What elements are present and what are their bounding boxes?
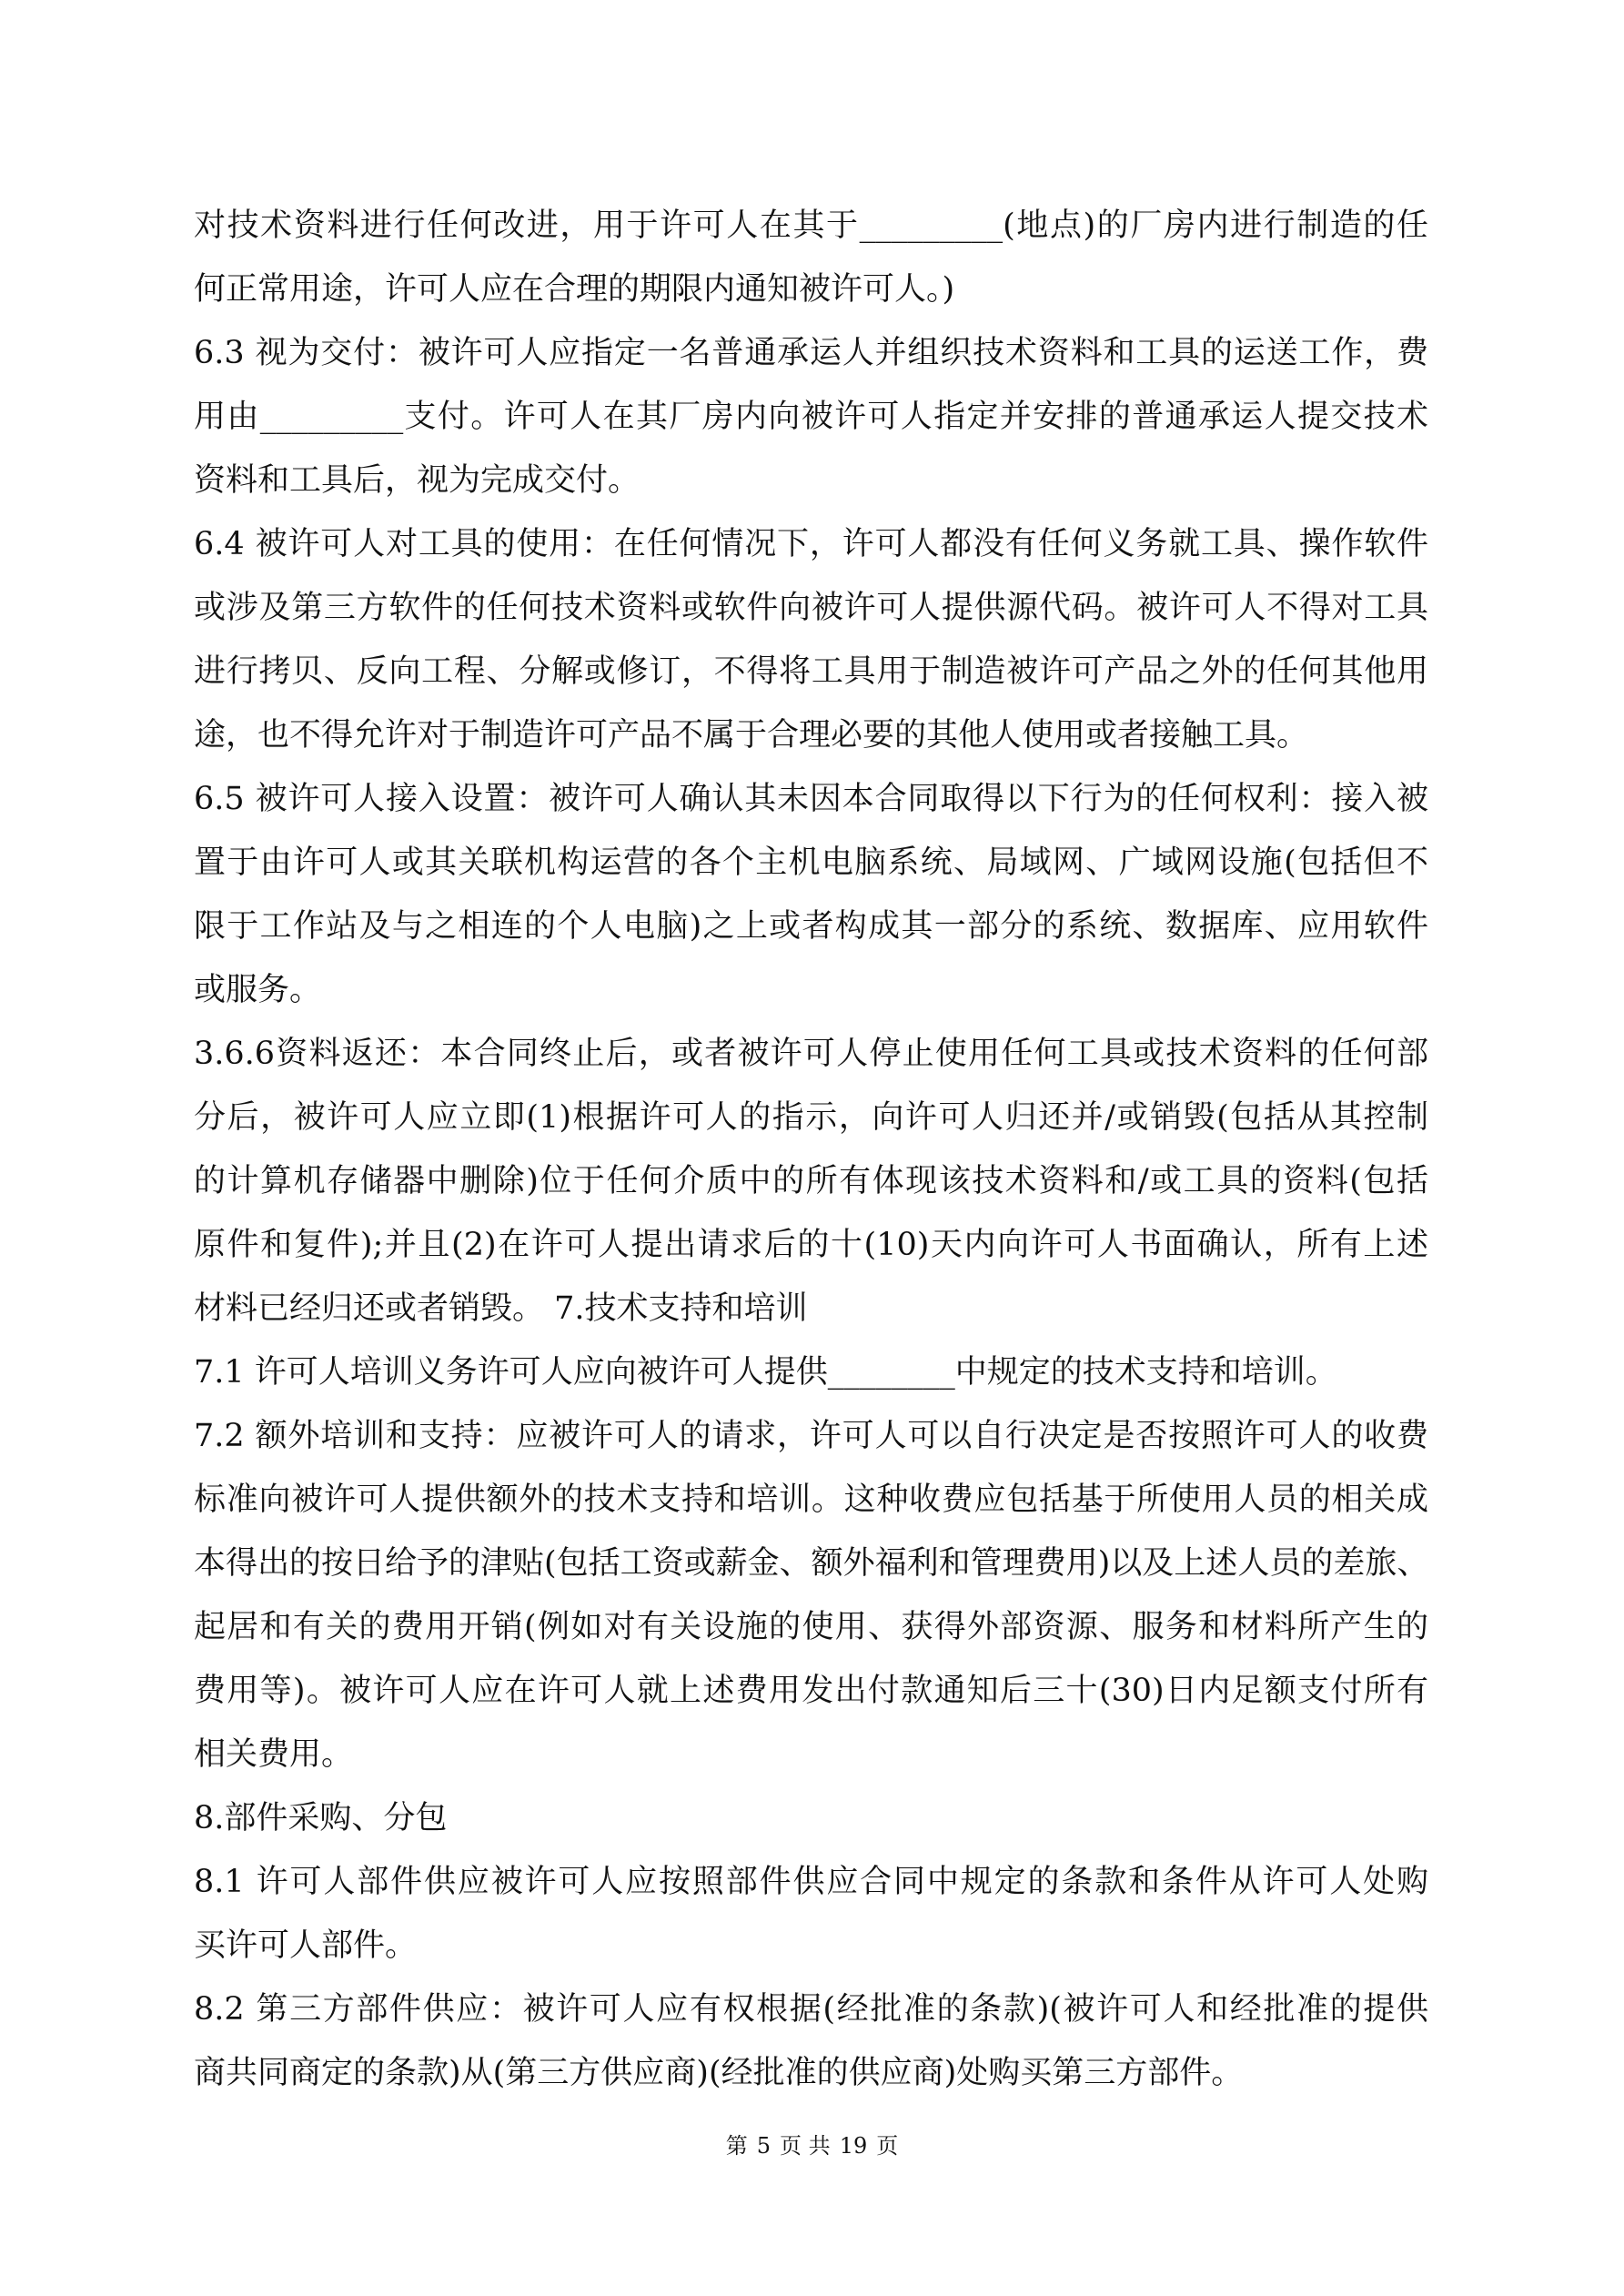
text-line-16: 的计算机存储器中删除)位于任何介质中的所有体现该技术资料和/或工具的资料(包括	[194, 1149, 1428, 1213]
section-7-heading-line: 材料已经归还或者销毁。 7.技术支持和培训	[194, 1277, 1428, 1340]
text-line-12: 限于工作站及与之相连的个人电脑)之上或者构成其一部分的系统、数据库、应用软件	[194, 895, 1428, 958]
text-line-8: 进行拷贝、反向工程、分解或修订，不得将工具用于制造被许可产品之外的任何其他用	[194, 640, 1428, 703]
text-line-5: 资料和工具后，视为完成交付。	[194, 449, 1428, 512]
text-line-7: 或涉及第三方软件的任何技术资料或软件向被许可人提供源代码。被许可人不得对工具	[194, 576, 1428, 640]
text-line-11: 置于由许可人或其关联机构运营的各个主机电脑系统、局域网、广域网设施(包括但不	[194, 831, 1428, 895]
text-line-28: 买许可人部件。	[194, 1914, 1428, 1977]
text-line-22: 本得出的按日给予的津贴(包括工资或薪金、额外福利和管理费用)以及上述人员的差旅、	[194, 1532, 1428, 1595]
clause-8-1: 8.1 许可人部件供应被许可人应按照部件供应合同中规定的条款和条件从许可人处购	[194, 1850, 1428, 1914]
text-line-2: 何正常用途，许可人应在合理的期限内通知被许可人。)	[194, 258, 1428, 321]
text-line-13: 或服务。	[194, 958, 1428, 1022]
text-line-1: 对技术资料进行任何改进，用于许可人在其于_________(地点)的厂房内进行制…	[194, 194, 1428, 258]
footer-page-number: 5	[757, 2133, 771, 2159]
clause-6-4: 6.4 被许可人对工具的使用：在任何情况下，许可人都没有任何义务就工具、操作软件	[194, 512, 1428, 576]
clause-7-1: 7.1 许可人培训义务许可人应向被许可人提供________中规定的技术支持和培…	[194, 1340, 1428, 1404]
text-line-30: 商共同商定的条款)从(第三方供应商)(经批准的供应商)处购买第三方部件。	[194, 2041, 1428, 2105]
footer-total-pages: 19	[840, 2133, 868, 2159]
clause-6-5: 6.5 被许可人接入设置：被许可人确认其未因本合同取得以下行为的任何权利：接入被	[194, 767, 1428, 831]
clause-8-2: 8.2 第三方部件供应：被许可人应有权根据(经批准的条款)(被许可人和经批准的提…	[194, 1977, 1428, 2041]
text-line-25: 相关费用。	[194, 1723, 1428, 1786]
text-line-21: 标准向被许可人提供额外的技术支持和培训。这种收费应包括基于所使用人员的相关成	[194, 1468, 1428, 1532]
footer-mid: 页 共	[780, 2133, 831, 2159]
document-page: 对技术资料进行任何改进，用于许可人在其于_________(地点)的厂房内进行制…	[0, 0, 1624, 2296]
contract-body: 对技术资料进行任何改进，用于许可人在其于_________(地点)的厂房内进行制…	[194, 194, 1428, 2105]
clause-6-3: 6.3 视为交付：被许可人应指定一名普通承运人并组织技术资料和工具的运送工作，费	[194, 321, 1428, 385]
footer-prefix: 第	[726, 2133, 748, 2159]
text-line-9: 途，也不得允许对于制造许可产品不属于合理必要的其他人使用或者接触工具。	[194, 703, 1428, 767]
text-line-15: 分后，被许可人应立即(1)根据许可人的指示，向许可人归还并/或销毁(包括从其控制	[194, 1086, 1428, 1149]
clause-7-2: 7.2 额外培训和支持：应被许可人的请求，许可人可以自行决定是否按照许可人的收费	[194, 1404, 1428, 1468]
text-line-23: 起居和有关的费用开销(例如对有关设施的使用、获得外部资源、服务和材料所产生的	[194, 1595, 1428, 1659]
section-8-heading: 8.部件采购、分包	[194, 1786, 1428, 1850]
text-line-24: 费用等)。被许可人应在许可人就上述费用发出付款通知后三十(30)日内足额支付所有	[194, 1659, 1428, 1723]
text-line-17: 原件和复件);并且(2)在许可人提出请求后的十(10)天内向许可人书面确认，所有…	[194, 1213, 1428, 1277]
text-line-4: 用由_________支付。许可人在其厂房内向被许可人指定并安排的普通承运人提交…	[194, 385, 1428, 449]
page-footer: 第5页 共19页	[0, 2132, 1624, 2159]
footer-suffix: 页	[876, 2133, 898, 2159]
clause-3-6-6: 3.6.6资料返还：本合同终止后，或者被许可人停止使用任何工具或技术资料的任何部	[194, 1022, 1428, 1086]
